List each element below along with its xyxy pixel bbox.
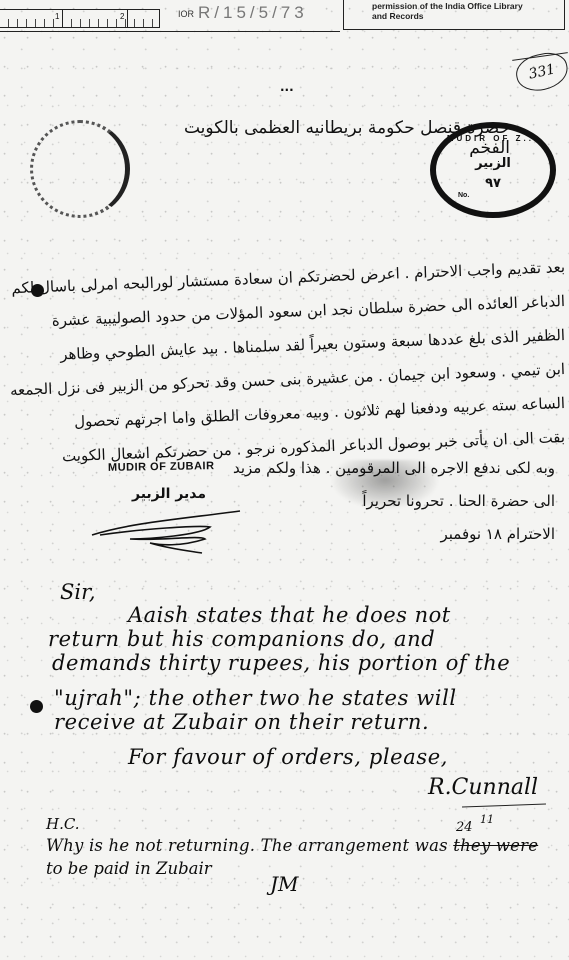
faded-round-stamp bbox=[30, 120, 130, 218]
struck-text: they were bbox=[453, 836, 538, 855]
arabic-letter-body: بعد تقديم واجب الاحترام . اعرض لحضرتكم ا… bbox=[0, 250, 565, 454]
minute-line: Aaish states that he does not bbox=[128, 603, 451, 627]
permission-line-2: and Records bbox=[372, 11, 564, 21]
minute-salutation: Sir, bbox=[60, 580, 96, 604]
ior-reference: R/15/5/73 bbox=[198, 3, 308, 23]
minute-line: return but his companions do, and bbox=[48, 627, 435, 651]
punch-hole-mark bbox=[31, 284, 44, 297]
header-divider bbox=[0, 31, 340, 32]
mudir-stamp-arabic: مدير الزبير bbox=[132, 486, 206, 502]
archive-header: 1 2 IOR R/15/5/73 permission of the Indi… bbox=[0, 0, 569, 32]
minute-request: For favour of orders, please, bbox=[128, 745, 448, 769]
stamp-center-text: الزبير bbox=[436, 156, 550, 171]
signature-scribble bbox=[90, 505, 250, 555]
signature-underline bbox=[462, 804, 546, 808]
minute-line: "ujrah"; the other two he states will bbox=[54, 686, 457, 710]
reply-date-month: 11 bbox=[480, 813, 494, 826]
reply-initials: JM bbox=[270, 872, 299, 896]
reply-text: Why is he not returning. The arrangement… bbox=[46, 836, 448, 855]
scale-ruler: 1 2 bbox=[0, 9, 160, 28]
minute-line: demands thirty rupees, his portion of th… bbox=[52, 651, 510, 675]
stamp-number: ٩٧ bbox=[436, 176, 550, 191]
stamp-no-label: No. bbox=[458, 192, 469, 199]
folio-number: 331 bbox=[513, 49, 569, 95]
ruler-mark-1: 1 bbox=[55, 12, 59, 21]
reply-date: 24 bbox=[456, 820, 473, 835]
punch-hole-mark bbox=[30, 700, 43, 713]
permission-notice: permission of the India Office Library a… bbox=[343, 0, 565, 30]
permission-line-1: permission of the India Office Library bbox=[372, 1, 564, 11]
ruler-mark-2: 2 bbox=[120, 12, 124, 21]
arabic-dots: ... bbox=[280, 80, 294, 94]
minute-signature: R.Cunnall bbox=[428, 775, 538, 800]
mudir-stamp-text: MUDIR OF ZUBAIR bbox=[108, 460, 215, 474]
reply-line-2: to be paid in Zubair bbox=[46, 859, 212, 878]
minute-line: receive at Zubair on their return. bbox=[54, 710, 429, 734]
letter-address: حضرة قنصل حكومة بريطانيه العظمى بالكويت … bbox=[180, 118, 510, 158]
reply-addressee: H.C. bbox=[46, 815, 80, 833]
reply-line-1: Why is he not returning. The arrangement… bbox=[46, 836, 538, 855]
ior-label: IOR bbox=[178, 9, 194, 19]
smudged-seal bbox=[330, 460, 440, 510]
